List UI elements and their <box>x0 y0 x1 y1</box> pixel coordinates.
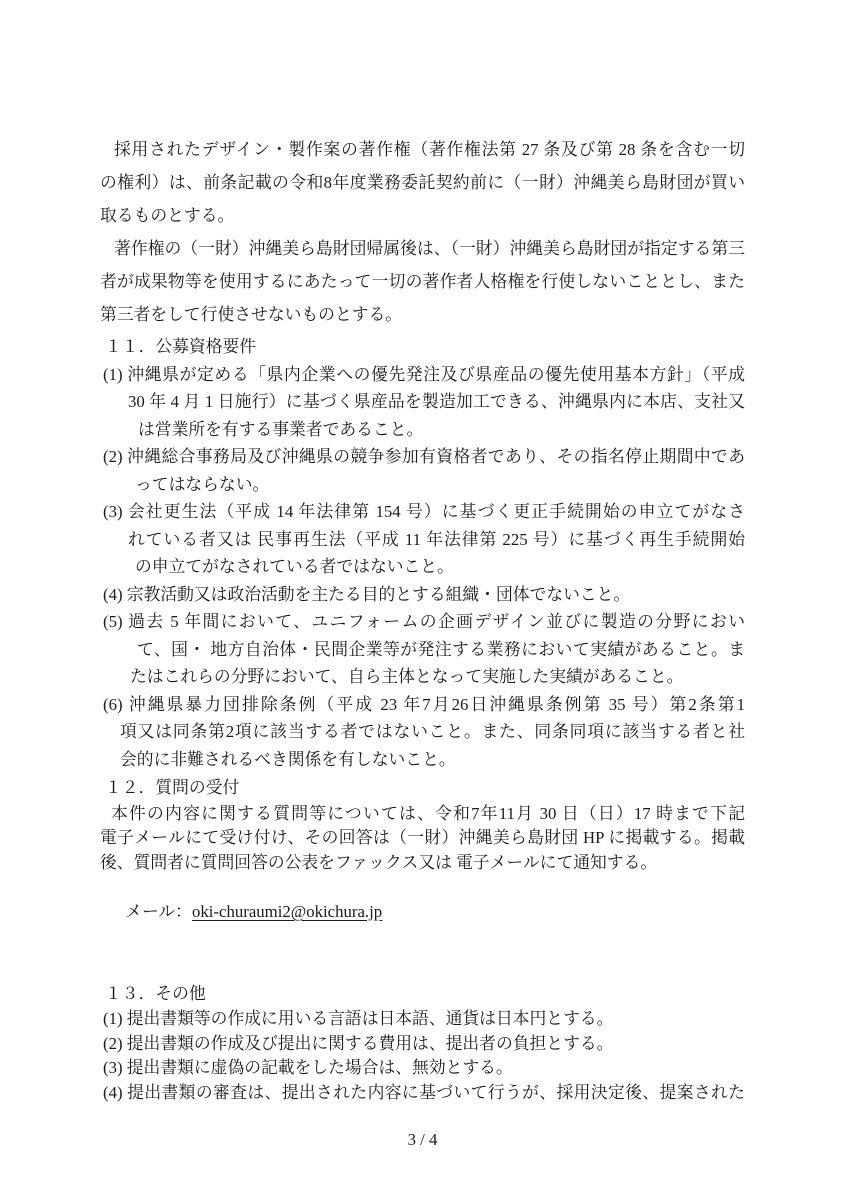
list-item-line: ってはならない。 <box>135 471 745 499</box>
list-item-line: 項又は同条第2項に該当する者ではないこと。また、同条同項に該当する者と社 <box>120 718 745 746</box>
section-13-items: (1) 提出書類等の作成に用いる言語は日本語、通貨は日本円とする。 (2) 提出… <box>100 1007 745 1105</box>
list-item-line: (3) 提出書類に虚偽の記載をした場合は、無効とする。 <box>103 1056 745 1081</box>
list-item-line: の申立てがなされている者ではないこと。 <box>135 553 745 581</box>
list-item: (1) 沖縄県が定める「県内企業への優先発注及び県産品の優先使用基本方針」（平成… <box>100 361 745 444</box>
list-item-line: (2) 沖縄総合事務局及び沖縄県の競争参加有資格者であり、その指名停止期間中であ <box>103 443 745 471</box>
paragraph-line: 採用されたデザイン・製作案の著作権（著作権法第 27 条及び第 28 条を含む一… <box>114 133 745 166</box>
list-item-line: 会的に非難されるべき関係を有しないこと。 <box>120 746 745 774</box>
paragraph-line: 者が成果物等を使用するにあたって一切の著作者人格権を行使しないこととし、また <box>100 265 745 298</box>
section-12-body: 本件の内容に関する質問等については、令和7年11月 30 日（日）17 時まで下… <box>100 802 745 949</box>
list-item-line: (4) 宗教活動又は政治活動を主たる目的とする組織・団体でないこと。 <box>103 581 745 609</box>
list-item: (3) 会社更生法（平成 14 年法律第 154 号）に基づく更正手続開始の申立… <box>100 498 745 581</box>
paragraph-line: 取るものとする。 <box>100 199 745 232</box>
copyright-paragraph-2: 著作権の（一財）沖縄美ら島財団帰属後は、（一財）沖縄美ら島財団が指定する第三 者… <box>100 232 745 331</box>
list-item-line: (4) 提出書類の審査は、提出された内容に基づいて行うが、採用決定後、提案された <box>103 1081 745 1106</box>
paragraph-line: 本件の内容に関する質問等については、令和7年11月 30 日（日）17 時まで下… <box>111 802 745 827</box>
document-page: 採用されたデザイン・製作案の著作権（著作権法第 27 条及び第 28 条を含む一… <box>0 0 848 1200</box>
paragraph-line: 第三者をして行使させないものとする。 <box>100 298 745 331</box>
paragraph-line: 著作権の（一財）沖縄美ら島財団帰属後は、（一財）沖縄美ら島財団が指定する第三 <box>114 232 745 265</box>
list-item-line: は営業所を有する事業者であること。 <box>138 416 745 444</box>
paragraph-line: 後、質問者に質問回答の公表をファックス又は 電子メールにて通知する。 <box>100 851 745 876</box>
list-item-line: (2) 提出書類の作成及び提出に関する費用は、提出者の負担とする。 <box>103 1032 745 1057</box>
list-item-line: (3) 会社更生法（平成 14 年法律第 154 号）に基づく更正手続開始の申立… <box>103 498 745 526</box>
list-item-line: て、国・ 地方自治体・民間企業等が発注する業務において実績があること。ま <box>137 636 745 664</box>
email-link[interactable]: oki-churaumi2@okichura.jp <box>192 902 382 921</box>
email-line: メール：oki-churaumi2@okichura.jp <box>100 875 745 949</box>
list-item-line: れている者又は 民事再生法（平成 11 年法律第 225 号）に基づく再生手続開… <box>128 526 745 554</box>
copyright-paragraph-1: 採用されたデザイン・製作案の著作権（著作権法第 27 条及び第 28 条を含む一… <box>100 133 745 232</box>
section-heading-13: １３．その他 <box>105 980 745 1008</box>
list-item-line: たはこれらの分野において、自ら主体となって実施した実績があること。 <box>130 663 745 691</box>
email-label: メール： <box>125 902 192 921</box>
section-heading-12: １２．質問の受付 <box>105 774 745 802</box>
list-item-line: (5) 過去 5 年間において、ユニフォームの企画デザイン並びに製造の分野におい <box>103 608 745 636</box>
list-item-line: 30 年 4 月 1 日施行）に基づく県産品を製造加工できる、沖縄県内に本店、支… <box>128 388 745 416</box>
section-heading-11: １１．公募資格要件 <box>105 333 745 361</box>
paragraph-line: の権利）は、前条記載の令和8年度業務委託契約前に（一財）沖縄美ら島財団が買い <box>100 166 745 199</box>
section-11-items: (1) 沖縄県が定める「県内企業への優先発注及び県産品の優先使用基本方針」（平成… <box>100 361 745 774</box>
list-item-line: (6) 沖縄県暴力団排除条例（平成 23 年7月26日沖縄県条例第 35 号）第… <box>103 691 745 719</box>
list-item: (4) 宗教活動又は政治活動を主たる目的とする組織・団体でないこと。 <box>100 581 745 609</box>
list-item: (6) 沖縄県暴力団排除条例（平成 23 年7月26日沖縄県条例第 35 号）第… <box>100 691 745 774</box>
list-item: (5) 過去 5 年間において、ユニフォームの企画デザイン並びに製造の分野におい… <box>100 608 745 691</box>
paragraph-line: 電子メールにて受け付け、その回答は（一財）沖縄美ら島財団 HP に掲載する。掲載 <box>100 826 745 851</box>
list-item: (2) 沖縄総合事務局及び沖縄県の競争参加有資格者であり、その指名停止期間中であ… <box>100 443 745 498</box>
list-item-line: (1) 提出書類等の作成に用いる言語は日本語、通貨は日本円とする。 <box>103 1007 745 1032</box>
list-item-line: (1) 沖縄県が定める「県内企業への優先発注及び県産品の優先使用基本方針」（平成 <box>103 361 745 389</box>
page-number: 3 / 4 <box>100 1128 745 1153</box>
